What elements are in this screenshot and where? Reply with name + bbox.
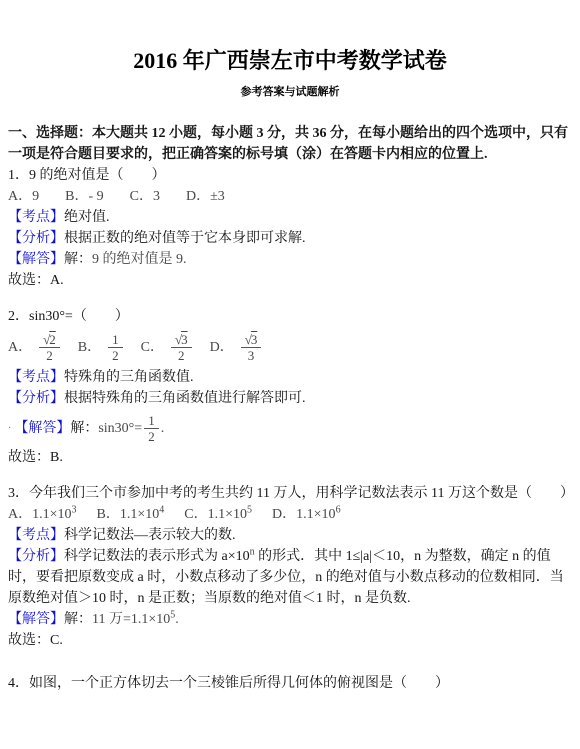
question-3-stem: 3．今年我们三个市参加中考的考生共约 11 万人，用科学记数法表示 11 万这个… <box>8 483 574 504</box>
answer-label: 【解答】 <box>8 252 64 267</box>
analysis-label: 【分析】 <box>8 231 64 246</box>
question-2-conclusion: 故选：B. <box>8 447 574 468</box>
exam-subtitle: 参考答案与试题解析 <box>0 84 580 100</box>
fraction: √33 <box>241 332 262 363</box>
answer-text: 11 万=1.1×10 <box>92 612 170 627</box>
answer-prefix: 解： <box>64 252 92 267</box>
question-2-options: A． √22 B． 12 C． √32 D． √33 <box>8 327 574 367</box>
answer-period: . <box>175 612 179 627</box>
topic-text: 科学记数法—表示较大的数. <box>64 528 236 543</box>
question-2-answer: ·【解答】解：sin30°=12. <box>8 409 574 447</box>
answer-prefix: 解： <box>70 418 98 439</box>
option-a: A． √22 <box>8 332 62 363</box>
option-b: B． 12 <box>78 332 125 363</box>
answer-period: . <box>161 418 165 439</box>
question-1-conclusion: 故选：A. <box>8 270 574 291</box>
question-3-topic: 【考点】科学记数法—表示较大的数. <box>8 525 574 546</box>
answer-label: 【解答】 <box>8 612 64 627</box>
bullet-mark: · <box>8 418 11 439</box>
option-d: D．1.1×106 <box>272 507 341 522</box>
option-label: A． <box>8 337 32 358</box>
topic-label: 【考点】 <box>8 370 64 385</box>
option-c: C．1.1×105 <box>184 507 252 522</box>
answer-prefix: 解： <box>64 612 92 627</box>
question-3-answer: 【解答】解：11 万=1.1×105. <box>8 609 574 630</box>
question-3-conclusion: 故选：C. <box>8 630 574 651</box>
option-label: C． <box>141 337 164 358</box>
analysis-text-pre: 科学记数法的表示形式为 a×10 <box>64 549 250 564</box>
option-d: D．±3 <box>186 189 225 204</box>
spacer <box>8 651 574 673</box>
analysis-text: 根据特殊角的三角函数值进行解答即可. <box>64 391 306 406</box>
fraction: √32 <box>171 332 192 363</box>
option-a: A．1.1×103 <box>8 507 77 522</box>
spacer <box>8 468 574 483</box>
question-2-stem: 2．sin30°=（ ） <box>8 306 574 327</box>
exam-body: 一、选择题：本大题共 12 小题，每小题 3 分，共 36 分，在每小题给出的四… <box>0 123 580 694</box>
answer-formula: sin30°= <box>98 418 142 439</box>
question-1-options: A．9B．- 9C．3D．±3 <box>8 186 574 207</box>
exam-document: 2016 年广西崇左市中考数学试卷 参考答案与试题解析 一、选择题：本大题共 1… <box>0 0 580 749</box>
option-b: B．- 9 <box>65 189 104 204</box>
analysis-label: 【分析】 <box>8 549 64 564</box>
question-3-analysis: 【分析】科学记数法的表示形式为 a×10n 的形式．其中 1≤|a|＜10，n … <box>8 546 574 609</box>
analysis-label: 【分析】 <box>8 391 64 406</box>
option-b: B．1.1×104 <box>97 507 165 522</box>
option-c: C． √32 <box>141 332 194 363</box>
question-2-topic: 【考点】特殊角的三角函数值. <box>8 367 574 388</box>
answer-text: 9 的绝对值是 9. <box>92 252 187 267</box>
option-d: D． √33 <box>210 332 264 363</box>
fraction: √22 <box>39 332 60 363</box>
option-c: C．3 <box>130 189 160 204</box>
analysis-text: 根据正数的绝对值等于它本身即可求解. <box>64 231 306 246</box>
topic-text: 特殊角的三角函数值. <box>64 370 194 385</box>
question-1-answer: 【解答】解：9 的绝对值是 9. <box>8 249 574 270</box>
question-2-analysis: 【分析】根据特殊角的三角函数值进行解答即可. <box>8 388 574 409</box>
question-1-analysis: 【分析】根据正数的绝对值等于它本身即可求解. <box>8 228 574 249</box>
fraction: 12 <box>144 413 159 444</box>
exam-title: 2016 年广西崇左市中考数学试卷 <box>0 46 580 76</box>
question-1-stem: 1．9 的绝对值是（ ） <box>8 165 574 186</box>
topic-label: 【考点】 <box>8 528 64 543</box>
section-heading: 一、选择题：本大题共 12 小题，每小题 3 分，共 36 分，在每小题给出的四… <box>8 123 574 165</box>
question-4-stem: 4．如图，一个正方体切去一个三棱锥后所得几何体的俯视图是（ ） <box>8 673 574 694</box>
topic-text: 绝对值. <box>64 210 110 225</box>
question-1-topic: 【考点】绝对值. <box>8 207 574 228</box>
option-label: B． <box>78 337 101 358</box>
option-label: D． <box>210 337 234 358</box>
topic-label: 【考点】 <box>8 210 64 225</box>
fraction: 12 <box>108 332 123 363</box>
answer-label: 【解答】 <box>14 418 70 439</box>
option-a: A．9 <box>8 189 39 204</box>
spacer <box>8 291 574 306</box>
question-3-options: A．1.1×103B．1.1×104C．1.1×105D．1.1×106 <box>8 504 574 525</box>
